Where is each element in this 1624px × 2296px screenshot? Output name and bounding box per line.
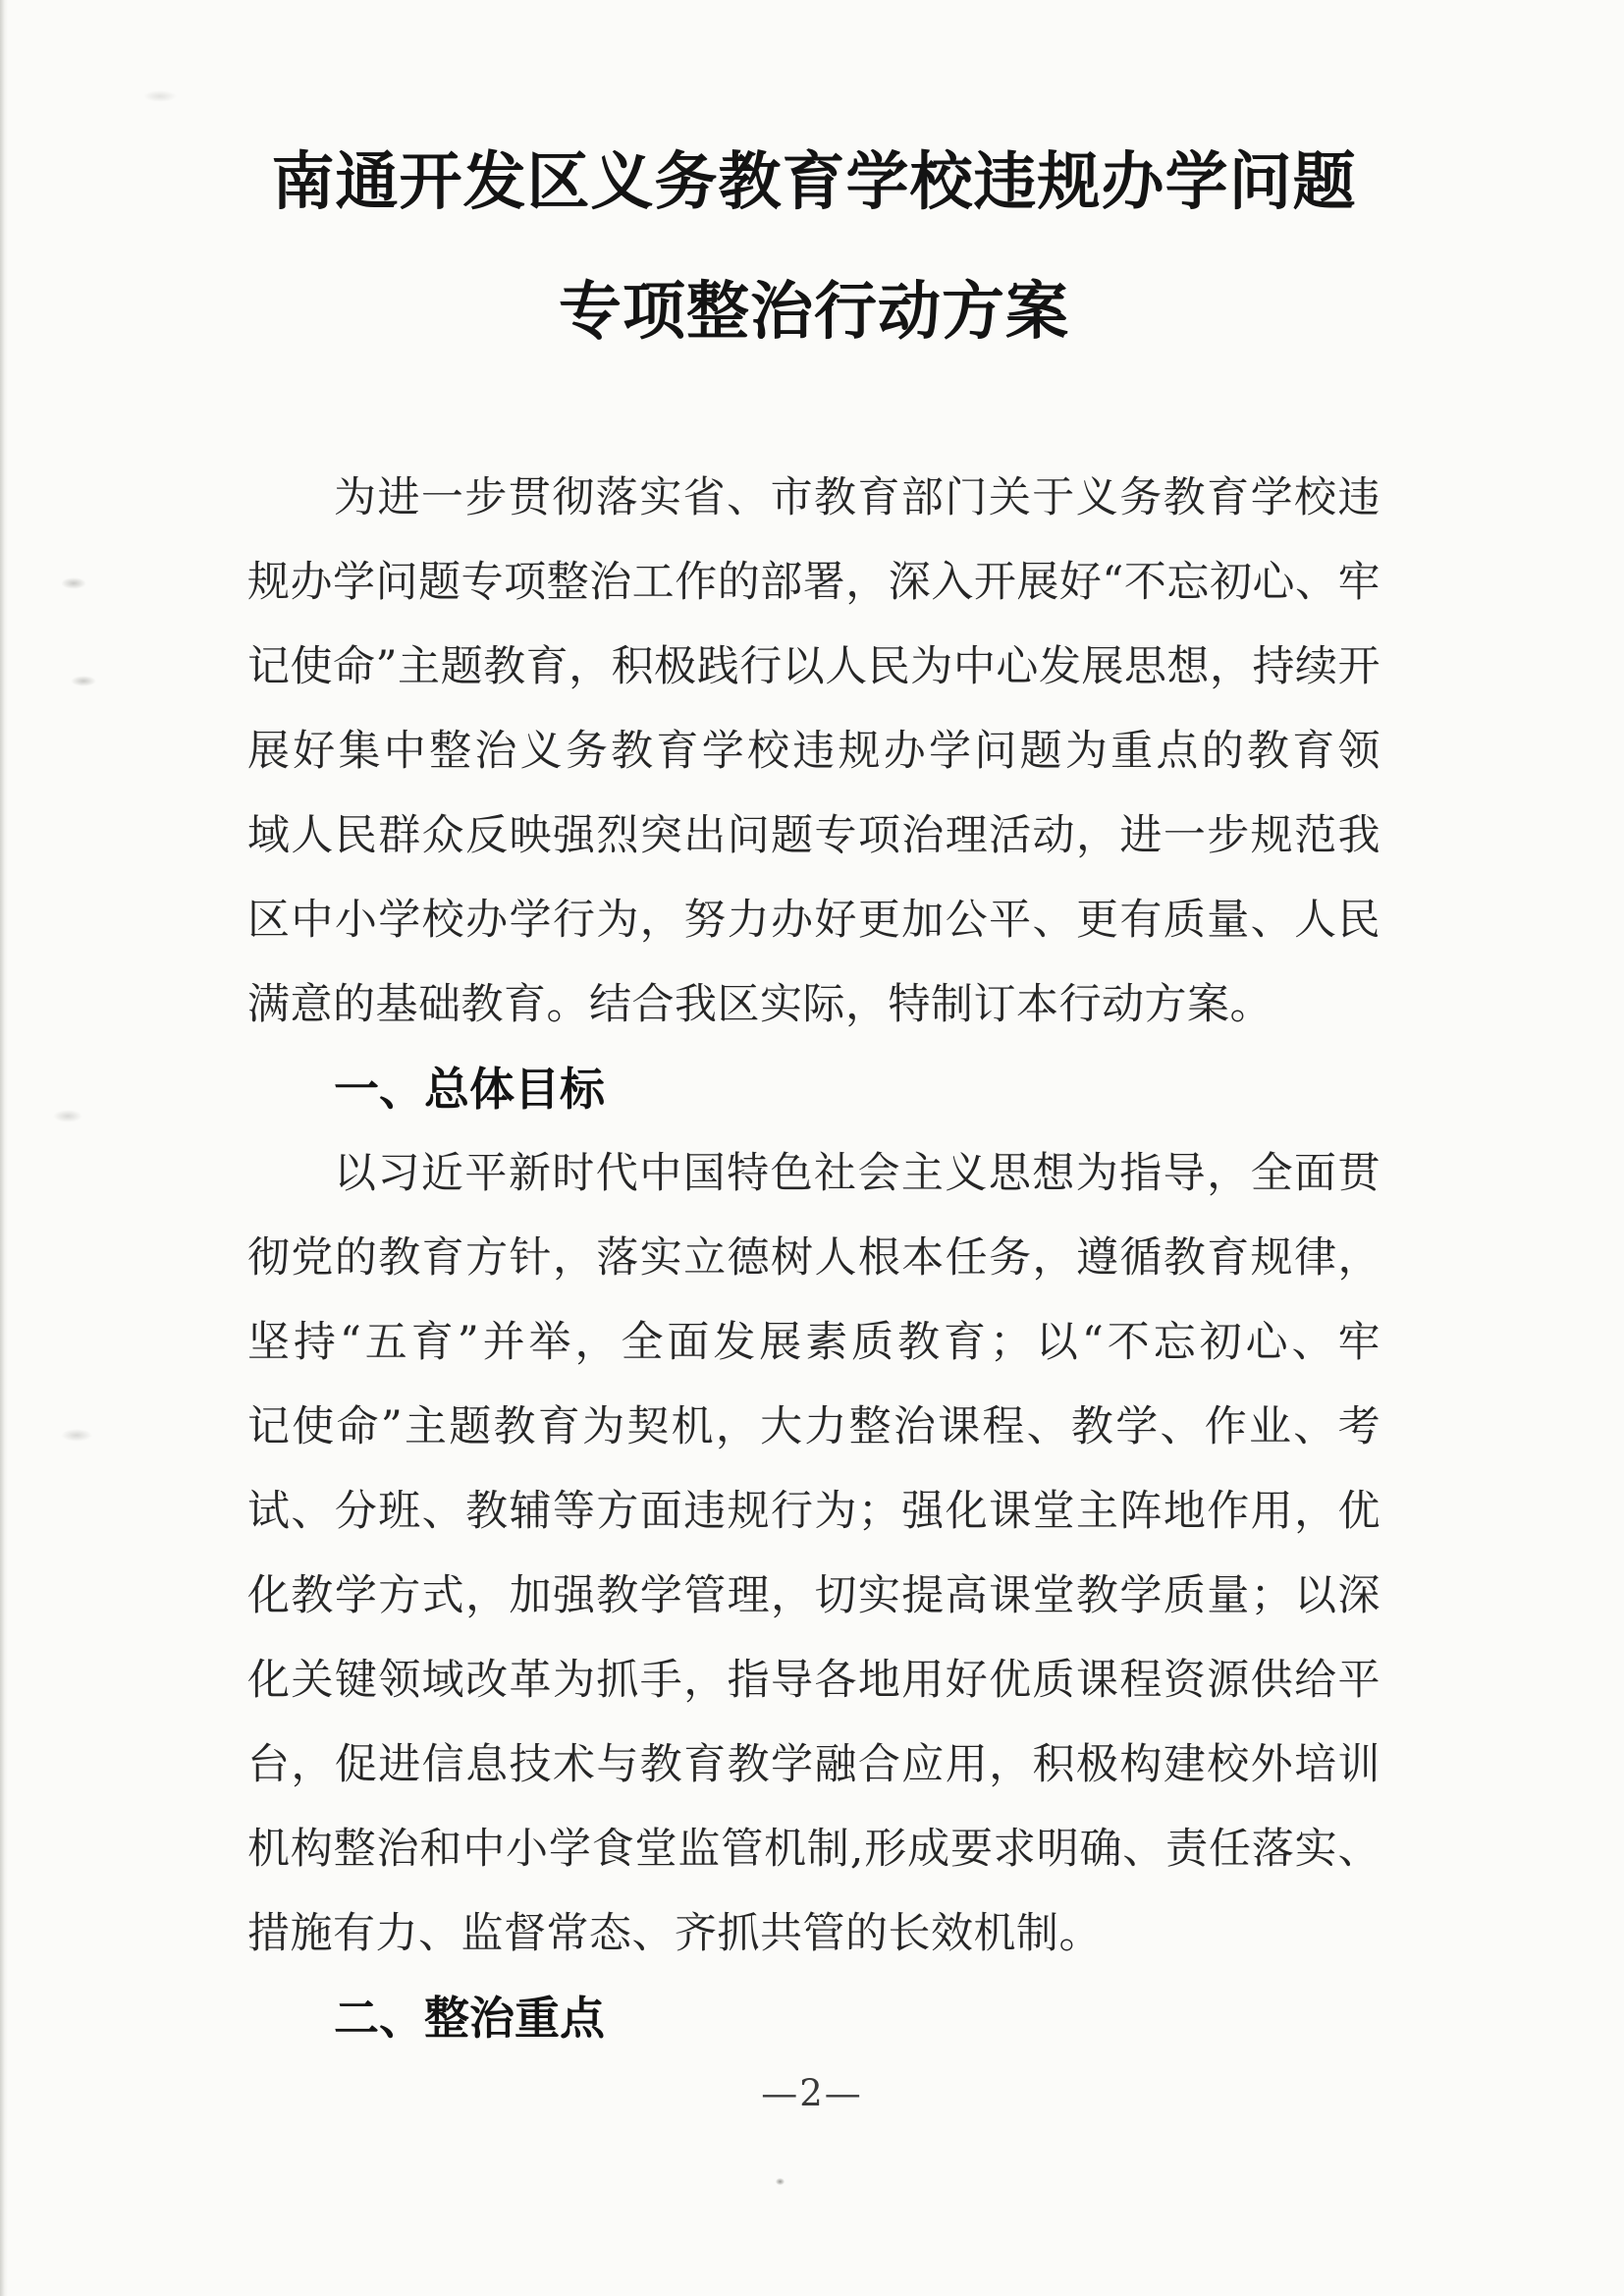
scan-edge-shadow: [0, 0, 8, 2296]
document-content: 南通开发区义务教育学校违规办学问题 专项整治行动方案 为进一步贯彻落实省、市教育…: [247, 118, 1380, 2060]
paragraph2-line-6: 化教学方式，加强教学管理，切实提高课堂教学质量；以深: [247, 1554, 1380, 1638]
document-body: 为进一步贯彻落实省、市教育部门关于义务教育学校违 规办学问题专项整治工作的部署，…: [247, 456, 1380, 2060]
scan-smudge: [71, 676, 96, 686]
document-page: 南通开发区义务教育学校违规办学问题 专项整治行动方案 为进一步贯彻落实省、市教育…: [0, 0, 1624, 2296]
paragraph1-line-5: 域人民群众反映强烈突出问题专项治理活动，进一步规范我: [247, 793, 1380, 878]
paragraph1-line-7: 满意的基础教育。结合我区实际，特制订本行动方案。: [247, 962, 1380, 1047]
paragraph1-line-4: 展好集中整治义务教育学校违规办学问题为重点的教育领: [247, 709, 1380, 793]
paragraph2-line-7: 化关键领域改革为抓手，指导各地用好优质课程资源供给平: [247, 1638, 1380, 1722]
paragraph2-line-3: 坚持“五育”并举，全面发展素质教育；以“不忘初心、牢: [247, 1300, 1380, 1385]
paragraph2-line-5: 试、分班、教辅等方面违规行为；强化课堂主阵地作用，优: [247, 1469, 1380, 1554]
title-line-2: 专项整治行动方案: [247, 247, 1380, 377]
paragraph2-line-9: 机构整治和中小学食堂监管机制,形成要求明确、责任落实、: [247, 1807, 1380, 1891]
paragraph1-line-3: 记使命”主题教育，积极践行以人民为中心发展思想，持续开: [247, 625, 1380, 709]
paragraph1-line-2: 规办学问题专项整治工作的部署，深入开展好“不忘初心、牢: [247, 540, 1380, 625]
paragraph1-line-6: 区中小学校办学行为，努力办好更加公平、更有质量、人民: [247, 878, 1380, 962]
scan-smudge: [776, 2178, 785, 2185]
paragraph2-line-4: 记使命”主题教育为契机，大力整治课程、教学、作业、考: [247, 1385, 1380, 1469]
paragraph1-line-1: 为进一步贯彻落实省、市教育部门关于义务教育学校违: [247, 456, 1380, 540]
paragraph2-line-10: 措施有力、监督常态、齐抓共管的长效机制。: [247, 1891, 1380, 1976]
paragraph2-line-2: 彻党的教育方针，落实立德树人根本任务，遵循教育规律，: [247, 1216, 1380, 1300]
scan-smudge: [61, 1429, 92, 1442]
scan-smudge: [53, 1110, 82, 1122]
scan-smudge: [61, 577, 86, 589]
document-title: 南通开发区义务教育学校违规办学问题 专项整治行动方案: [247, 118, 1380, 377]
title-line-1: 南通开发区义务教育学校违规办学问题: [247, 118, 1380, 247]
section-heading-2: 二、整治重点: [247, 1976, 1380, 2060]
paragraph2-line-8: 台，促进信息技术与教育教学融合应用，积极构建校外培训: [247, 1722, 1380, 1807]
page-number: —2—: [0, 2068, 1624, 2119]
section-heading-1: 一、总体目标: [247, 1047, 1380, 1131]
paragraph2-line-1: 以习近平新时代中国特色社会主义思想为指导，全面贯: [247, 1131, 1380, 1216]
scan-smudge: [143, 90, 177, 102]
